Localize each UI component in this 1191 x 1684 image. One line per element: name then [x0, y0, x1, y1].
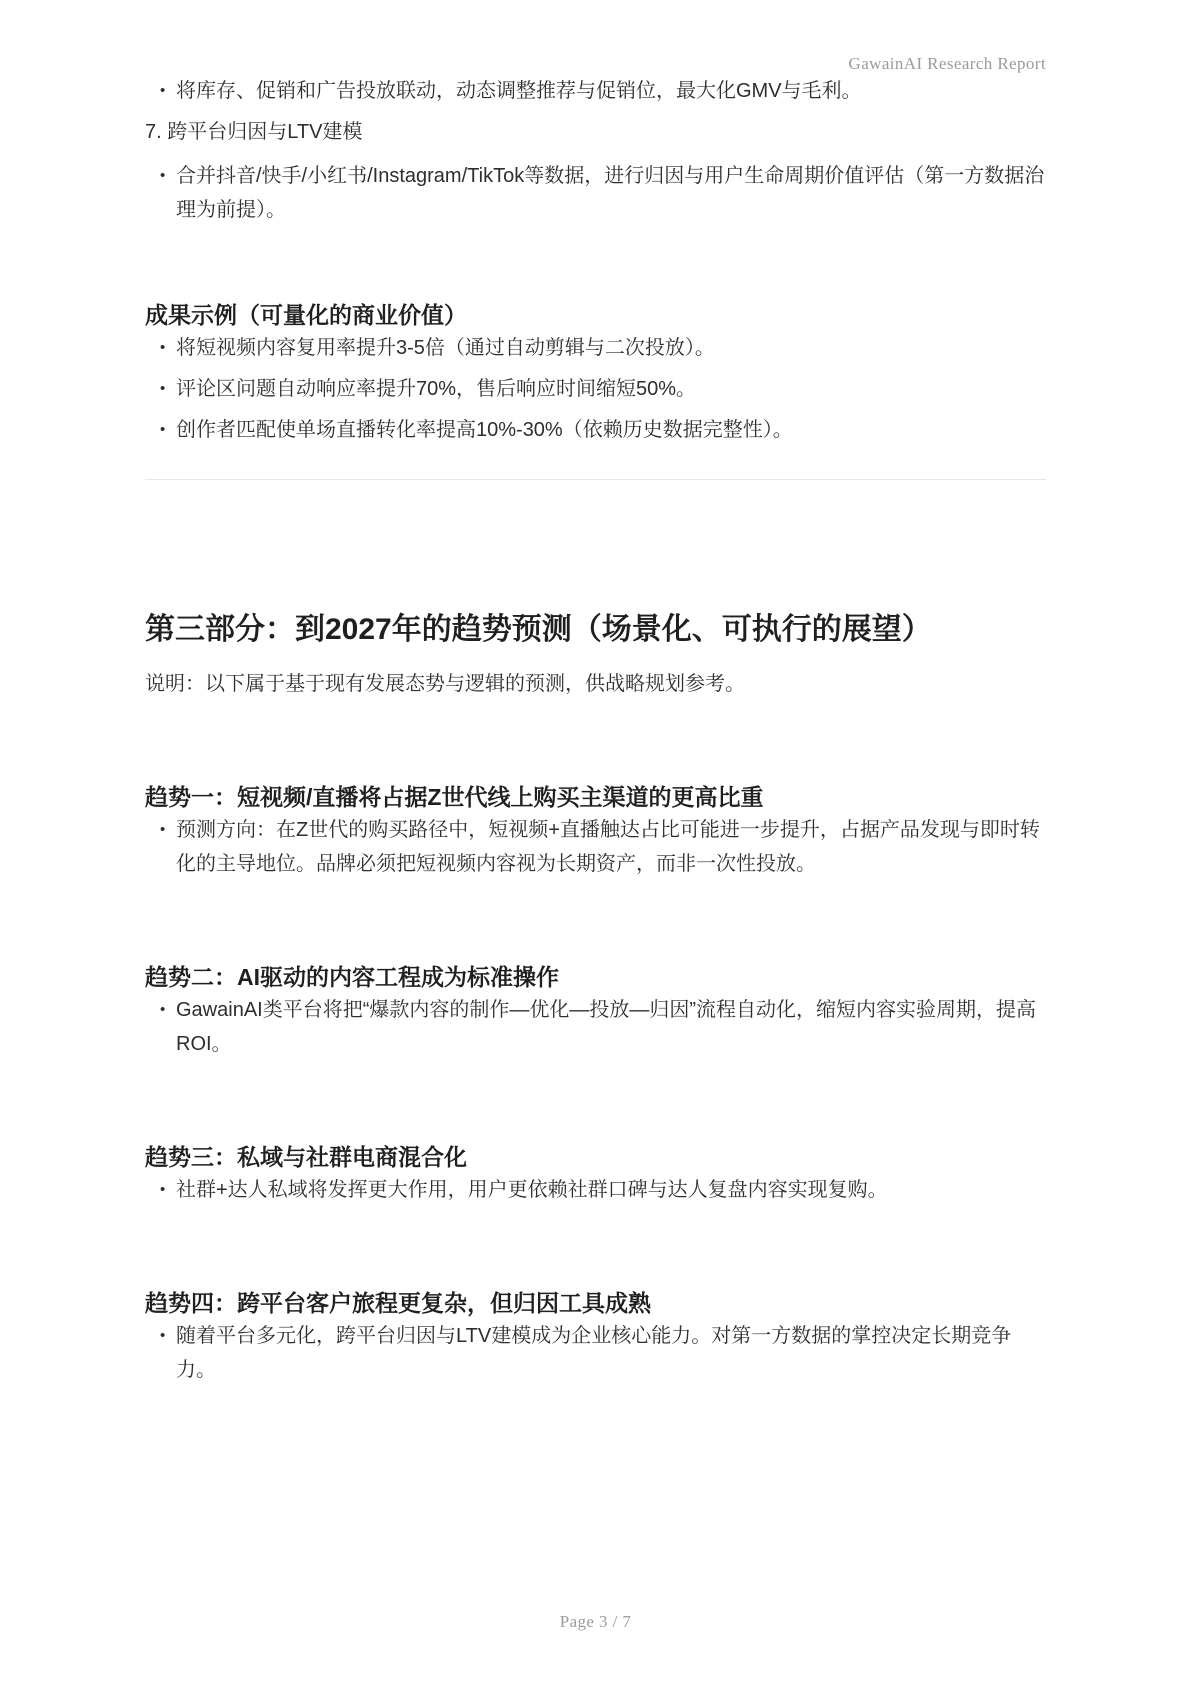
bullet-item: 预测方向：在Z世代的购买路径中，短视频+直播触达占比可能进一步提升，占据产品发现… [160, 813, 1046, 881]
page-footer: Page 3 / 7 [0, 1612, 1191, 1632]
bullet-item: 合并抖音/快手/小红书/Instagram/TikTok等数据，进行归因与用户生… [160, 159, 1046, 227]
bullet-item: 评论区问题自动响应率提升70%，售后响应时间缩短50%。 [160, 372, 1046, 406]
trend-2-heading: 趋势二：AI驱动的内容工程成为标准操作 [145, 961, 1046, 993]
trend-4-bullet-list: 随着平台多元化，跨平台归因与LTV建模成为企业核心能力。对第一方数据的掌控决定长… [145, 1319, 1046, 1387]
part3-note: 说明：以下属于基于现有发展态势与逻辑的预测，供战略规划参考。 [145, 667, 1046, 701]
numbered-item-7: 7. 跨平台归因与LTV建模 [145, 115, 1046, 149]
part3-title: 第三部分：到2027年的趋势预测（场景化、可执行的展望） [145, 610, 1046, 651]
trend-1-bullet-list: 预测方向：在Z世代的购买路径中，短视频+直播触达占比可能进一步提升，占据产品发现… [145, 813, 1046, 881]
bullet-item: 将库存、促销和广告投放联动，动态调整推荐与促销位，最大化GMV与毛利。 [160, 74, 1046, 108]
trend-2-bullet-list: GawainAI类平台将把“爆款内容的制作—优化—投放—归因”流程自动化，缩短内… [145, 993, 1046, 1061]
bullet-item: 社群+达人私域将发挥更大作用，用户更依赖社群口碑与达人复盘内容实现复购。 [160, 1173, 1046, 1207]
bullet-item: 创作者匹配使单场直播转化率提高10%-30%（依赖历史数据完整性）。 [160, 413, 1046, 447]
trend-4-heading: 趋势四：跨平台客户旅程更复杂，但归因工具成熟 [145, 1287, 1046, 1319]
report-header: GawainAI Research Report [145, 0, 1046, 74]
trend-3-bullet-list: 社群+达人私域将发挥更大作用，用户更依赖社群口碑与达人复盘内容实现复购。 [145, 1173, 1046, 1207]
bullet-item: 随着平台多元化，跨平台归因与LTV建模成为企业核心能力。对第一方数据的掌控决定长… [160, 1319, 1046, 1387]
bullet-item: GawainAI类平台将把“爆款内容的制作—优化—投放—归因”流程自动化，缩短内… [160, 993, 1046, 1061]
trend-3-heading: 趋势三：私域与社群电商混合化 [145, 1141, 1046, 1173]
section-divider [145, 479, 1046, 480]
trend-1-heading: 趋势一：短视频/直播将占据Z世代线上购买主渠道的更高比重 [145, 781, 1046, 813]
numbered-item-bullet-list: 合并抖音/快手/小红书/Instagram/TikTok等数据，进行归因与用户生… [145, 159, 1046, 227]
carryover-bullet-list: 将库存、促销和广告投放联动，动态调整推荐与促销位，最大化GMV与毛利。 [145, 74, 1046, 108]
document-page: GawainAI Research Report 将库存、促销和广告投放联动，动… [0, 0, 1191, 1387]
bullet-item: 将短视频内容复用率提升3-5倍（通过自动剪辑与二次投放）。 [160, 331, 1046, 365]
results-heading: 成果示例（可量化的商业价值） [145, 299, 1046, 331]
results-bullet-list: 将短视频内容复用率提升3-5倍（通过自动剪辑与二次投放）。 评论区问题自动响应率… [145, 331, 1046, 447]
